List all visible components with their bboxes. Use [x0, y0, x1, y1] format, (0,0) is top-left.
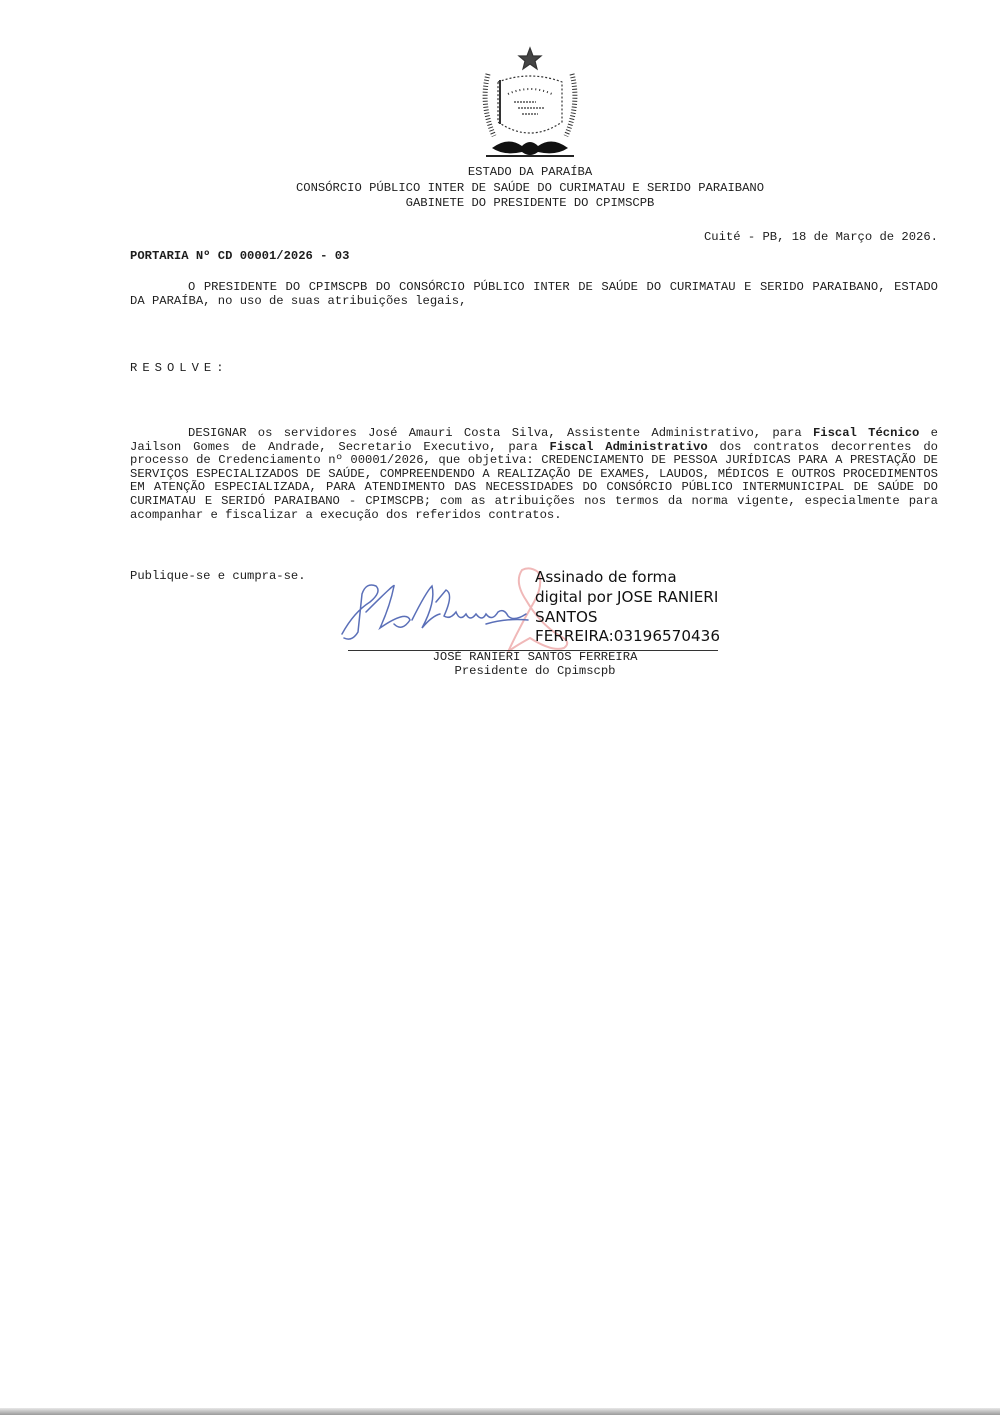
digital-signature-stamp: Assinado de forma digital por JOSE RANIE…	[535, 568, 720, 647]
resolve-heading: RESOLVE:	[130, 362, 229, 376]
document-header: ESTADO DA PARAÍBA CONSÓRCIO PÚBLICO INTE…	[230, 165, 830, 212]
resolution-body: DESIGNAR os servidores José Amauri Costa…	[130, 427, 938, 522]
signer-title: Presidente do Cpimscpb	[350, 665, 720, 679]
body-text-part: DESIGNAR os servidores José Amauri Costa…	[188, 426, 813, 440]
office-name: GABINETE DO PRESIDENTE DO CPIMSCPB	[230, 196, 830, 212]
role-fiscal-tecnico: Fiscal Técnico	[813, 426, 919, 440]
stamp-line: Assinado de forma	[535, 568, 720, 588]
place-date: Cuité - PB, 18 de Março de 2026.	[704, 231, 938, 245]
intro-paragraph: O PRESIDENTE DO CPIMSCPB DO CONSÓRCIO PÚ…	[130, 281, 938, 308]
signer-name: JOSÉ RANIERI SANTOS FERREIRA	[350, 651, 720, 665]
stamp-line: SANTOS	[535, 608, 720, 628]
organization-name: CONSÓRCIO PÚBLICO INTER DE SAÚDE DO CURI…	[230, 181, 830, 197]
stamp-line: digital por JOSE RANIERI	[535, 588, 720, 608]
role-fiscal-administrativo: Fiscal Administrativo	[550, 440, 708, 454]
stamp-line: FERREIRA:03196570436	[535, 627, 720, 647]
portaria-number: PORTARIA Nº CD 00001/2026 - 03	[130, 250, 349, 264]
state-name: ESTADO DA PARAÍBA	[230, 165, 830, 181]
page-bottom-edge	[0, 1408, 1000, 1415]
closing-formula: Publique-se e cumpra-se.	[130, 570, 306, 584]
signer-block: JOSÉ RANIERI SANTOS FERREIRA Presidente …	[350, 651, 720, 678]
state-coat-of-arms-icon	[478, 44, 582, 162]
handwritten-signature-icon	[336, 572, 531, 647]
